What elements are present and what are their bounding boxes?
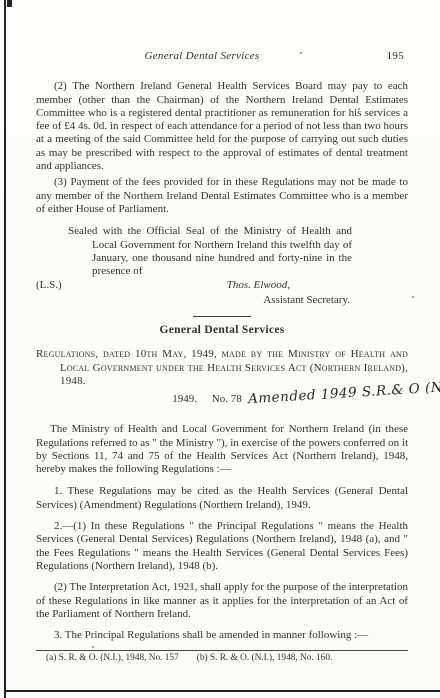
footnote-a: (a) S. R. & O. (N.I.), 1948, No. 157 [46, 653, 179, 664]
section-title: General Dental Services [36, 324, 408, 337]
paragraph-2: (2) The Northern Ireland General Health … [36, 80, 408, 173]
section-divider-rule [193, 316, 251, 317]
page-number: 195 [387, 50, 404, 63]
signature-name: Thos. Elwood, [227, 279, 290, 292]
footnotes: (a) S. R. & O. (N.I.), 1948, No. 157 (b)… [36, 650, 408, 664]
footnote-b: (b) S. R. & O. (N.I.), 1948, No. 160. [197, 653, 333, 664]
paragraph-3: (3) Payment of the fees provided for in … [36, 176, 408, 216]
scan-corner-mark [7, 0, 12, 7]
scanned-document-page: General Dental Services 195 (2) The Nort… [0, 0, 440, 698]
scan-left-border [4, 0, 6, 698]
regulation-1: 1. These Regulations may be cited as the… [36, 485, 408, 512]
running-header-title: General Dental Services [144, 50, 259, 63]
page-content: General Dental Services 195 (2) The Nort… [36, 50, 408, 664]
running-header: General Dental Services 195 [36, 50, 408, 63]
preamble-paragraph: The Ministry of Health and Local Governm… [36, 423, 408, 476]
sealing-clause: Sealed with the Official Seal of the Min… [68, 225, 352, 278]
signature-title: Assistant Secretary. [36, 294, 350, 307]
regulation-2-1: 2.—(1) In these Regulations " the Princi… [36, 520, 408, 573]
instrument-number-line: 1949. No. 78 Amended 1949 S.R.& O (N.I.)… [36, 393, 378, 411]
seal-abbreviation: (L.S.) [36, 279, 62, 292]
instrument-number: No. 78 [212, 393, 242, 405]
scan-bottom-border [4, 690, 440, 692]
regulations-heading: Regulations, dated 10th May, 1949, made … [36, 348, 408, 388]
regulation-2-2: (2) The Interpretation Act, 1921, shall … [36, 581, 408, 621]
signature-row: (L.S.) Thos. Elwood, [36, 279, 408, 292]
instrument-year: 1949. [172, 393, 197, 405]
regulation-3: 3. The Principal Regulations shall be am… [36, 629, 408, 642]
scan-speck [412, 296, 414, 298]
